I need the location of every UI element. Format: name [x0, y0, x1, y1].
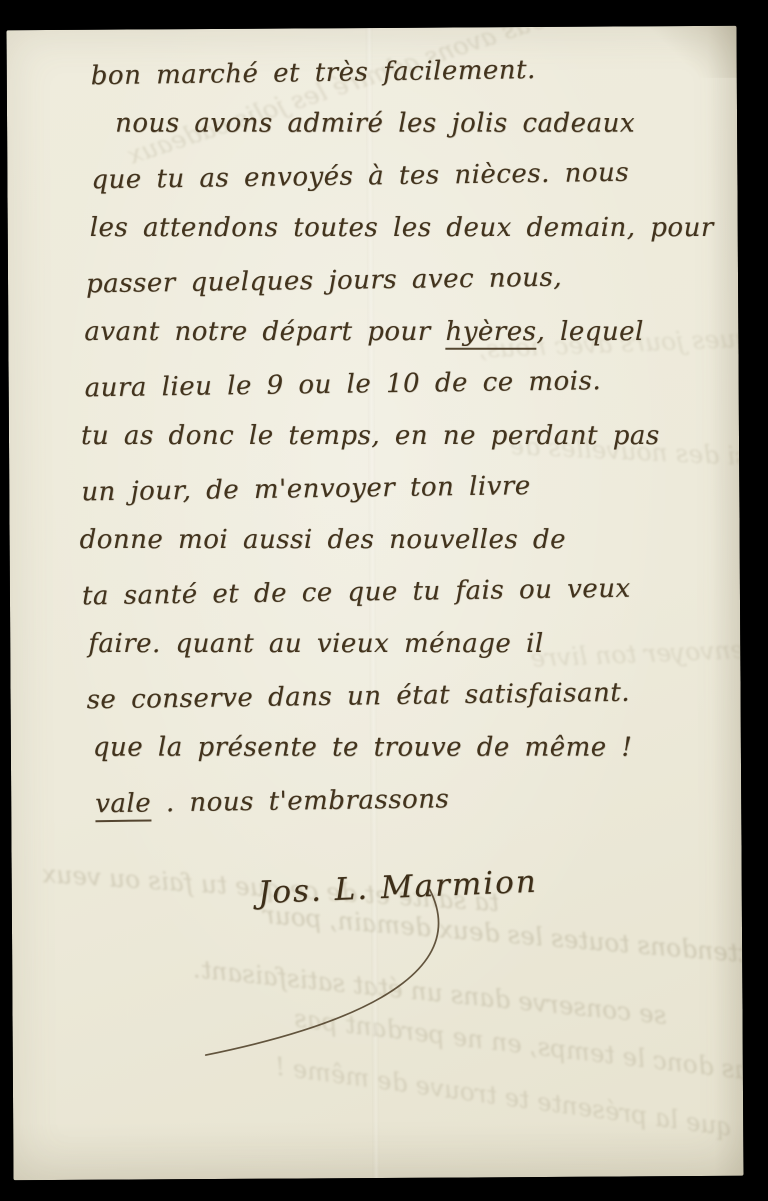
handwritten-line: avant notre départ pour hyères, lequel [84, 306, 738, 358]
line-text: un jour, de m'envoyer ton livre [81, 471, 531, 507]
line-text: . nous t'embrassons [151, 784, 450, 818]
handwritten-line: faire. quant au vieux ménage il [88, 618, 740, 670]
handwritten-line: les attendons toutes les deux demain, po… [90, 202, 738, 254]
letter-photograph: nous avons admiré les jolis cadeaux pass… [0, 0, 768, 1201]
line-text: , lequel [536, 317, 643, 347]
bleedthrough-text: se conserve dans un état satisfaisant. [192, 954, 668, 1030]
handwritten-line: que tu as envoyés à tes nièces. nous [91, 145, 738, 206]
handwritten-line: que la présente te trouve de même ! [93, 722, 741, 774]
closing-line: vale . nous t'embrassons [95, 769, 742, 830]
line-text: passer quelques jours avec nous, [86, 263, 562, 300]
handwritten-line: donne moi aussi des nouvelles de [80, 514, 740, 566]
handwritten-line: nous avons admiré les jolis cadeaux [115, 98, 737, 150]
underlined-word: hyères [445, 317, 536, 350]
underlined-word-vale: vale [95, 788, 151, 822]
line-text: nous avons admiré les jolis cadeaux [115, 109, 635, 139]
line-text: bon marché et très facilement. [91, 55, 536, 91]
line-text: les attendons toutes les deux demain, po… [90, 213, 714, 243]
line-text: aura lieu le 9 ou le 10 de ce mois. [84, 366, 601, 403]
bleedthrough-text: que la présente te trouve de même ! [273, 1052, 734, 1142]
handwritten-line: ta santé et de ce que tu fais ou veux [82, 561, 741, 622]
handwritten-line: aura lieu le 9 ou le 10 de ce mois. [84, 353, 739, 414]
line-text: donne moi aussi des nouvelles de [80, 525, 566, 555]
line-text: se conserve dans un état satisfaisant. [86, 678, 630, 716]
bleedthrough-text: les attendons toutes les deux demain, po… [262, 900, 744, 973]
bleedthrough-text: tu as donc le temps, en ne perdant pas [293, 1004, 744, 1090]
line-text: que la présente te trouve de même ! [93, 733, 632, 763]
handwritten-line: tu as donc le temps, en ne perdant pas [81, 410, 739, 462]
letter-paper: nous avons admiré les jolis cadeaux pass… [6, 26, 743, 1180]
handwritten-line: se conserve dans un état satisfaisant. [86, 665, 741, 726]
line-text: faire. quant au vieux ménage il [88, 629, 543, 659]
signature-flourish-stroke [205, 890, 440, 1055]
line-text: avant notre départ pour [84, 317, 445, 347]
handwritten-line: bon marché et très facilement. [90, 41, 737, 102]
handwritten-line: passer quelques jours avec nous, [86, 249, 739, 310]
handwritten-line: un jour, de m'envoyer ton livre [81, 457, 740, 518]
signature: Jos. L. Marmion [257, 853, 742, 913]
line-text: tu as donc le temps, en ne perdant pas [81, 421, 660, 451]
line-text: ta santé et de ce que tu fais ou veux [82, 574, 631, 612]
line-text: que tu as envoyés à tes nièces. nous [91, 158, 629, 196]
letter-body: bon marché et très facilement. nous avon… [7, 44, 742, 906]
